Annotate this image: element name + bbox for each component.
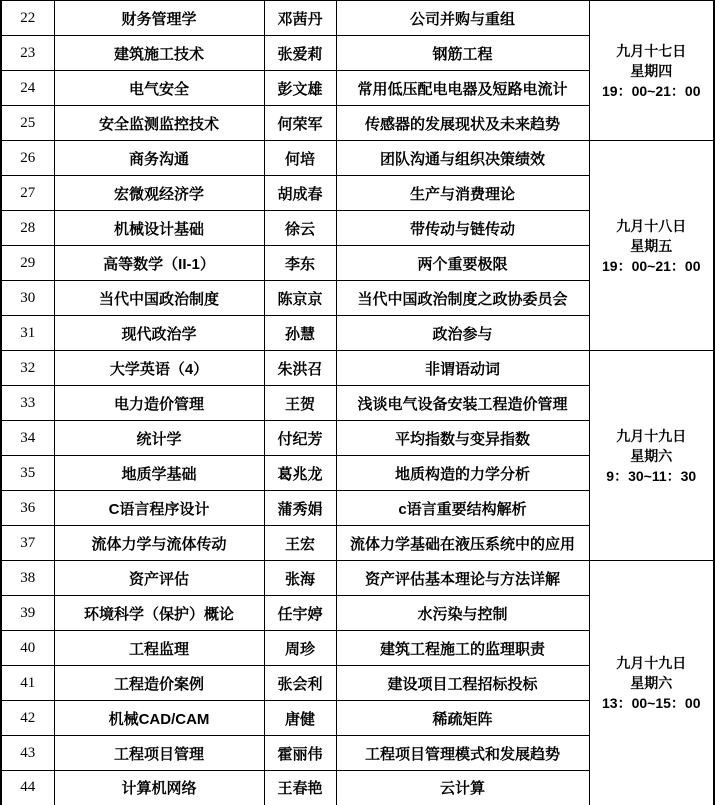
topic-cell: 资产评估基本理论与方法详解: [336, 561, 589, 596]
teacher-cell: 王宏: [264, 526, 336, 561]
schedule-datetime-cell: 九月十七日星期四19：00~21：00: [589, 1, 714, 141]
topic-cell: c语言重要结构解析: [336, 491, 589, 526]
teacher-cell: 王春艳: [264, 771, 336, 805]
course-cell: 建筑施工技术: [54, 36, 264, 71]
row-number-cell: 22: [1, 1, 54, 36]
schedule-datetime-cell: 九月十九日星期六9：30~11：30: [589, 351, 714, 561]
topic-cell: 团队沟通与组织决策绩效: [336, 141, 589, 176]
row-number-cell: 39: [1, 596, 54, 631]
topic-cell: 工程项目管理模式和发展趋势: [336, 736, 589, 771]
topic-cell: 稀疏矩阵: [336, 701, 589, 736]
teacher-cell: 彭文雄: [264, 71, 336, 106]
row-number-cell: 44: [1, 771, 54, 805]
row-number-cell: 24: [1, 71, 54, 106]
row-number-cell: 35: [1, 456, 54, 491]
teacher-cell: 孙慧: [264, 316, 336, 351]
teacher-cell: 朱洪召: [264, 351, 336, 386]
row-number-cell: 33: [1, 386, 54, 421]
teacher-cell: 张海: [264, 561, 336, 596]
row-number-cell: 29: [1, 246, 54, 281]
teacher-cell: 陈京京: [264, 281, 336, 316]
schedule-weekday-text: 星期五: [592, 236, 712, 256]
course-cell: 资产评估: [54, 561, 264, 596]
course-cell: 商务沟通: [54, 141, 264, 176]
course-cell: 计算机网络: [54, 771, 264, 805]
schedule-weekday-text: 星期六: [592, 446, 712, 466]
topic-cell: 钢筋工程: [336, 36, 589, 71]
course-cell: 工程造价案例: [54, 666, 264, 701]
topic-cell: 带传动与链传动: [336, 211, 589, 246]
topic-cell: 非谓语动词: [336, 351, 589, 386]
row-number-cell: 36: [1, 491, 54, 526]
teacher-cell: 何培: [264, 141, 336, 176]
teacher-cell: 任宇婷: [264, 596, 336, 631]
row-number-cell: 26: [1, 141, 54, 176]
course-schedule-table: 22财务管理学邓茜丹公司并购与重组九月十七日星期四19：00~21：0023建筑…: [0, 0, 715, 805]
schedule-datetime-cell: 九月十九日星期六13：00~15：00: [589, 561, 714, 805]
row-number-cell: 30: [1, 281, 54, 316]
topic-cell: 水污染与控制: [336, 596, 589, 631]
course-cell: C语言程序设计: [54, 491, 264, 526]
course-cell: 安全监测监控技术: [54, 106, 264, 141]
table-row: 26商务沟通何培团队沟通与组织决策绩效九月十八日星期五19：00~21：00: [1, 141, 714, 176]
table-row: 38资产评估张海资产评估基本理论与方法详解九月十九日星期六13：00~15：00: [1, 561, 714, 596]
schedule-weekday-text: 星期六: [592, 673, 712, 693]
teacher-cell: 邓茜丹: [264, 1, 336, 36]
schedule-time-text: 19：00~21：00: [592, 81, 712, 101]
course-cell: 统计学: [54, 421, 264, 456]
topic-cell: 浅谈电气设备安装工程造价管理: [336, 386, 589, 421]
teacher-cell: 何荣军: [264, 106, 336, 141]
row-number-cell: 32: [1, 351, 54, 386]
teacher-cell: 唐健: [264, 701, 336, 736]
schedule-datetime-cell: 九月十八日星期五19：00~21：00: [589, 141, 714, 351]
row-number-cell: 31: [1, 316, 54, 351]
row-number-cell: 34: [1, 421, 54, 456]
teacher-cell: 周珍: [264, 631, 336, 666]
topic-cell: 生产与消费理论: [336, 176, 589, 211]
teacher-cell: 付纪芳: [264, 421, 336, 456]
row-number-cell: 25: [1, 106, 54, 141]
course-cell: 机械CAD/CAM: [54, 701, 264, 736]
teacher-cell: 张会利: [264, 666, 336, 701]
course-cell: 高等数学（II-1）: [54, 246, 264, 281]
topic-cell: 传感器的发展现状及未来趋势: [336, 106, 589, 141]
teacher-cell: 徐云: [264, 211, 336, 246]
topic-cell: 两个重要极限: [336, 246, 589, 281]
row-number-cell: 28: [1, 211, 54, 246]
table-row: 32大学英语（4）朱洪召非谓语动词九月十九日星期六9：30~11：30: [1, 351, 714, 386]
schedule-date-text: 九月十九日: [592, 426, 712, 446]
topic-cell: 政治参与: [336, 316, 589, 351]
schedule-date-text: 九月十九日: [592, 653, 712, 673]
schedule-table-body: 22财务管理学邓茜丹公司并购与重组九月十七日星期四19：00~21：0023建筑…: [1, 1, 714, 805]
course-cell: 现代政治学: [54, 316, 264, 351]
topic-cell: 建筑工程施工的监理职责: [336, 631, 589, 666]
row-number-cell: 37: [1, 526, 54, 561]
row-number-cell: 43: [1, 736, 54, 771]
schedule-time-text: 19：00~21：00: [592, 256, 712, 276]
course-cell: 地质学基础: [54, 456, 264, 491]
course-cell: 当代中国政治制度: [54, 281, 264, 316]
course-cell: 电气安全: [54, 71, 264, 106]
course-cell: 宏微观经济学: [54, 176, 264, 211]
schedule-time-text: 13：00~15：00: [592, 693, 712, 713]
course-cell: 流体力学与流体传动: [54, 526, 264, 561]
schedule-date-text: 九月十八日: [592, 216, 712, 236]
course-cell: 工程项目管理: [54, 736, 264, 771]
teacher-cell: 霍丽伟: [264, 736, 336, 771]
row-number-cell: 23: [1, 36, 54, 71]
course-cell: 工程监理: [54, 631, 264, 666]
table-row: 22财务管理学邓茜丹公司并购与重组九月十七日星期四19：00~21：00: [1, 1, 714, 36]
topic-cell: 常用低压配电电器及短路电流计: [336, 71, 589, 106]
course-cell: 环境科学（保护）概论: [54, 596, 264, 631]
row-number-cell: 42: [1, 701, 54, 736]
teacher-cell: 蒲秀娟: [264, 491, 336, 526]
topic-cell: 公司并购与重组: [336, 1, 589, 36]
teacher-cell: 胡成春: [264, 176, 336, 211]
topic-cell: 流体力学基础在液压系统中的应用: [336, 526, 589, 561]
course-cell: 财务管理学: [54, 1, 264, 36]
teacher-cell: 葛兆龙: [264, 456, 336, 491]
teacher-cell: 李东: [264, 246, 336, 281]
schedule-time-text: 9：30~11：30: [592, 466, 712, 486]
course-cell: 电力造价管理: [54, 386, 264, 421]
topic-cell: 云计算: [336, 771, 589, 805]
row-number-cell: 27: [1, 176, 54, 211]
course-cell: 大学英语（4）: [54, 351, 264, 386]
row-number-cell: 40: [1, 631, 54, 666]
row-number-cell: 41: [1, 666, 54, 701]
topic-cell: 建设项目工程招标投标: [336, 666, 589, 701]
schedule-weekday-text: 星期四: [592, 61, 712, 81]
topic-cell: 平均指数与变异指数: [336, 421, 589, 456]
schedule-date-text: 九月十七日: [592, 41, 712, 61]
teacher-cell: 王贺: [264, 386, 336, 421]
course-cell: 机械设计基础: [54, 211, 264, 246]
row-number-cell: 38: [1, 561, 54, 596]
teacher-cell: 张爱莉: [264, 36, 336, 71]
topic-cell: 地质构造的力学分析: [336, 456, 589, 491]
topic-cell: 当代中国政治制度之政协委员会: [336, 281, 589, 316]
